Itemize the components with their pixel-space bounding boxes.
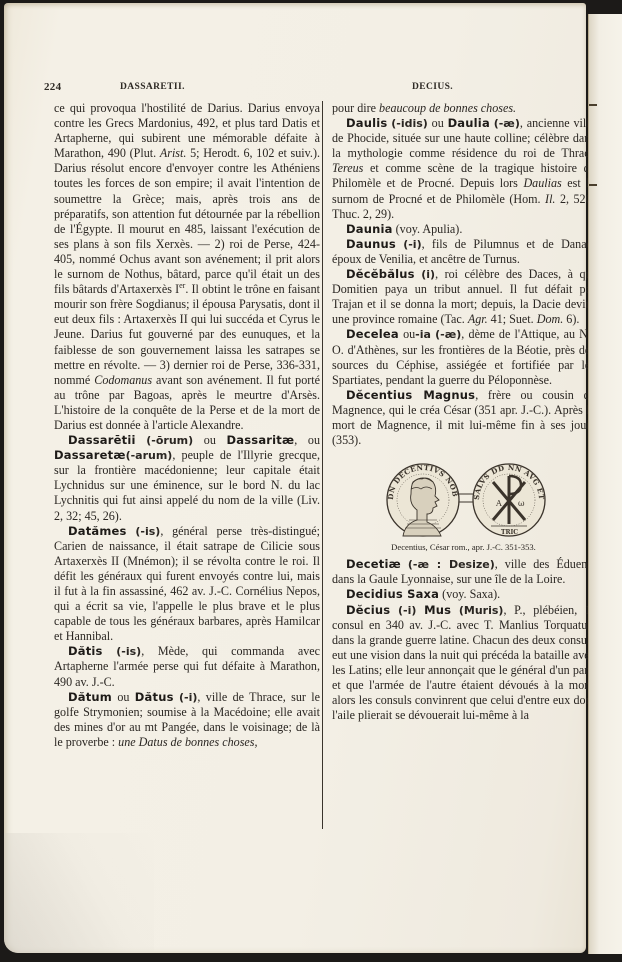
page-mark <box>589 104 597 106</box>
right-column: pour dire beaucoup de bonnes choses. Dau… <box>322 101 595 829</box>
headword: Dĕcentius Magnus <box>346 388 475 402</box>
entry-daunus: Daunus (-i), fils de Pilumnus et de Dana… <box>332 237 595 267</box>
coin-illustration: DN DECENTIVS NOB CAES SALVS DD NN AVG ET… <box>332 458 595 555</box>
headword: Dĕcius <box>346 603 390 617</box>
left-column: ce qui provoqua l'hostilité de Darius. D… <box>54 101 320 750</box>
headword: Dătum <box>68 690 112 704</box>
entry-datis: Dătis (-is), Mède, qui commanda avec Art… <box>54 644 320 689</box>
alpha-letter: A <box>495 499 502 508</box>
entry-decentius-magnus: Dĕcentius Magnus, frère ou cousin de Mag… <box>332 388 595 448</box>
headword: Dătis <box>68 644 103 658</box>
headword: Daulia <box>448 116 490 130</box>
continued-entry-datum: pour dire beaucoup de bonnes choses. <box>332 101 595 116</box>
entry-daulis: Daulis (-idis) ou Daulia (-æ), ancienne … <box>332 116 595 222</box>
headword: Daunus <box>346 237 396 251</box>
decentius-coin-icon: DN DECENTIVS NOB CAES SALVS DD NN AVG ET… <box>379 458 549 540</box>
entry-dassaretii: Dassarētii (-ōrum) ou Dassaritæ, ou Dass… <box>54 433 320 524</box>
exergue: TRIC <box>501 529 518 536</box>
adjacent-page-edge <box>588 14 622 954</box>
entry-datames: Datămes (-is), général perse très-distin… <box>54 524 320 645</box>
continued-entry-darius: ce qui provoqua l'hostilité de Darius. D… <box>54 101 320 433</box>
entry-daunia: Daunia (voy. Apulia). <box>332 222 595 237</box>
headword: Dĕcĕbălus <box>346 267 415 281</box>
headword: Mus <box>424 603 451 617</box>
entry-decidius-saxa: Decidius Saxa (voy. Saxa). <box>332 587 595 602</box>
running-header: 224 DASSARETII. DECIUS. <box>44 81 566 99</box>
entry-decetiae: Decetiæ (-æ : Desize), ville des Éduens,… <box>332 557 595 587</box>
omega-letter: ω <box>518 499 525 508</box>
headword: Daunia <box>346 222 393 236</box>
right-running-head: DECIUS. <box>412 82 453 92</box>
entry-decebalus: Dĕcĕbălus (i), roi célèbre des Daces, à … <box>332 267 595 327</box>
entry-decelea: Decelea ou-ia (-æ), dème de l'Attique, a… <box>332 327 595 387</box>
page-number: 224 <box>44 81 61 93</box>
headword: Daulis <box>346 116 387 130</box>
headword: Dassarētii <box>68 433 136 447</box>
entry-datum: Dătum ou Dătus (-i), ville de Thrace, su… <box>54 690 320 750</box>
left-running-head: DASSARETII. <box>120 82 185 92</box>
headword: Decidius Saxa <box>346 587 439 601</box>
figure-caption: Decentius, César rom., apr. J.-C. 351-35… <box>332 540 595 555</box>
headword: Dassaritæ <box>227 433 295 447</box>
dictionary-page: 224 DASSARETII. DECIUS. ce qui provoqua … <box>4 3 586 953</box>
headword: Datămes <box>68 524 127 538</box>
entry-decius-mus: Dĕcius (-i) Mus (Muris), P., plébéien, 1… <box>332 603 595 724</box>
page-mark <box>589 184 597 186</box>
headword: Dassaretæ <box>54 448 126 462</box>
headword: Decetiæ <box>346 557 401 571</box>
headword: Decelea <box>346 327 399 341</box>
headword: Dătus <box>135 690 174 704</box>
